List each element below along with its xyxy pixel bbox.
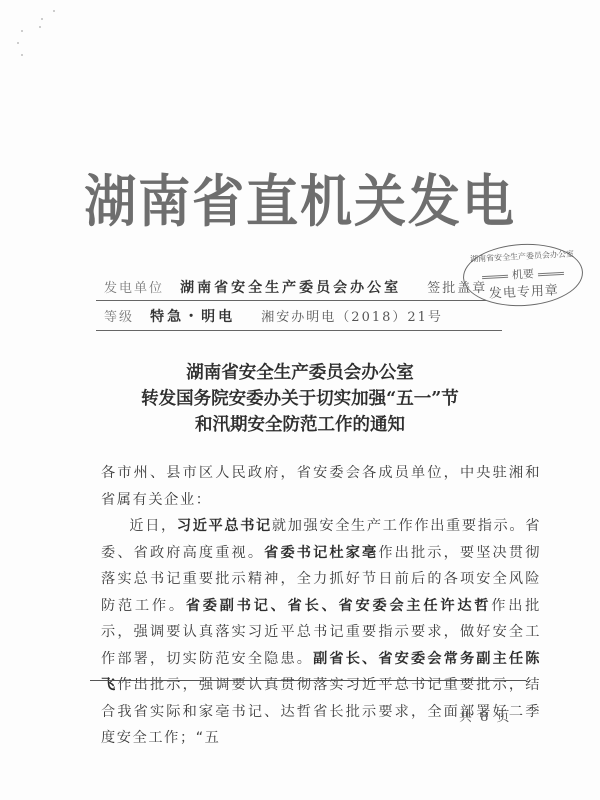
- text-run-bold: 省委书记杜家亳: [264, 545, 378, 561]
- document-title: 湖南省安全生产委员会办公室 转发国务院安委办关于切实加强“五一”节 和汛期安全防…: [0, 360, 600, 438]
- sender-value: 湖南省安全生产委员会办公室: [180, 280, 401, 296]
- addressee: 各市州、县市区人民政府，省安委会各成员单位，中央驻湘和省属有关企业：: [101, 460, 541, 513]
- level-value: 特急・明电: [150, 309, 235, 325]
- level-label: 等级: [104, 310, 134, 325]
- official-seal: 湖南省安全生产委员会办公室 机要 发电专用章: [461, 241, 584, 309]
- seal-arc-text: 湖南省安全生产委员会办公室: [463, 248, 581, 265]
- sender-row: 发电单位 湖南省安全生产委员会办公室 签批盖章: [104, 277, 487, 297]
- title-line-1: 湖南省安全生产委员会办公室: [0, 360, 600, 386]
- text-run-bold: 省委副书记、省长、省安委会主任许达哲: [186, 598, 491, 614]
- divider: [96, 330, 502, 331]
- scan-specks: [15, 8, 65, 58]
- sender-label: 发电单位: [104, 281, 164, 296]
- text-run-bold: 习近平总书记: [177, 518, 272, 534]
- text-run: 近日，: [129, 518, 177, 534]
- title-line-3: 和汛期安全防范工作的通知: [0, 412, 600, 438]
- divider: [96, 300, 486, 301]
- bottom-divider: [90, 680, 526, 681]
- page-count: 共 8 页: [459, 706, 512, 725]
- title-line-2: 转发国务院安委办关于切实加强“五一”节: [0, 386, 600, 412]
- level-row: 等级 特急・明电 湘安办明电（2018）21号: [104, 306, 443, 326]
- doc-number: 湘安办明电（2018）21号: [261, 310, 443, 325]
- masthead-title: 湖南省直机关发电: [21, 158, 579, 238]
